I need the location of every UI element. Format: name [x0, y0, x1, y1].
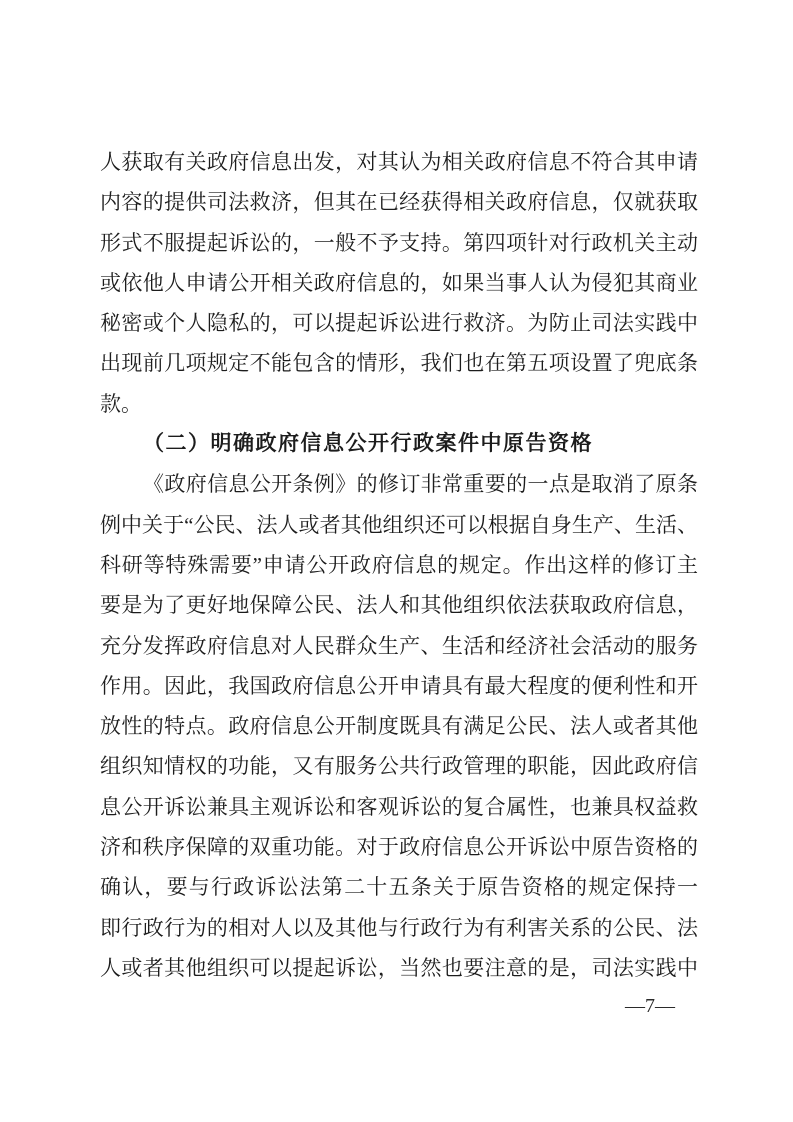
- body-line-21: 人或者其他组织可以提起诉讼，当然也要注意的是，司法实践中: [100, 948, 698, 988]
- body-line-4: 或依他人申请公开相关政府信息的，如果当事人认为侵犯其商业: [100, 263, 698, 303]
- document-page: 人获取有关政府信息出发，对其认为相关政府信息不符合其申请 内容的提供司法救济，但…: [0, 0, 793, 1122]
- body-line-5: 秘密或个人隐私的，可以提起诉讼进行救济。为防止司法实践中: [100, 303, 698, 343]
- body-line-18: 济和秩序保障的双重功能。对于政府信息公开诉讼中原告资格的: [100, 827, 698, 867]
- body-line-14: 作用。因此，我国政府信息公开申请具有最大程度的便利性和开: [100, 666, 698, 706]
- body-line-13: 充分发挥政府信息对人民群众生产、生活和经济社会活动的服务: [100, 626, 698, 666]
- body-line-6: 出现前几项规定不能包含的情形，我们也在第五项设置了兜底条: [100, 343, 698, 383]
- body-line-1: 人获取有关政府信息出发，对其认为相关政府信息不符合其申请: [100, 142, 698, 182]
- body-line-12: 要是为了更好地保障公民、法人和其他组织依法获取政府信息，: [100, 585, 698, 625]
- section-heading: （二）明确政府信息公开行政案件中原告资格: [100, 424, 698, 464]
- body-line-9: 《政府信息公开条例》的修订非常重要的一点是取消了原条: [100, 464, 698, 504]
- body-line-3: 形式不服提起诉讼的，一般不予支持。第四项针对行政机关主动: [100, 223, 698, 263]
- body-line-11: 科研等特殊需要”申请公开政府信息的规定。作出这样的修订主: [100, 545, 698, 585]
- body-line-20: 即行政行为的相对人以及其他与行政行为有利害关系的公民、法: [100, 908, 698, 948]
- body-line-10: 例中关于“公民、法人或者其他组织还可以根据自身生产、生活、: [100, 505, 698, 545]
- body-line-16: 组织知情权的功能，又有服务公共行政管理的职能，因此政府信: [100, 746, 698, 786]
- body-line-15: 放性的特点。政府信息公开制度既具有满足公民、法人或者其他: [100, 706, 698, 746]
- body-line-17: 息公开诉讼兼具主观诉讼和客观诉讼的复合属性，也兼具权益救: [100, 787, 698, 827]
- text-block: 人获取有关政府信息出发，对其认为相关政府信息不符合其申请 内容的提供司法救济，但…: [100, 142, 698, 988]
- body-line-2: 内容的提供司法救济，但其在已经获得相关政府信息，仅就获取: [100, 182, 698, 222]
- body-line-19: 确认，要与行政诉讼法第二十五条关于原告资格的规定保持一致，: [100, 867, 698, 907]
- page-number: —7—: [625, 993, 675, 1019]
- body-line-7: 款。: [100, 384, 698, 424]
